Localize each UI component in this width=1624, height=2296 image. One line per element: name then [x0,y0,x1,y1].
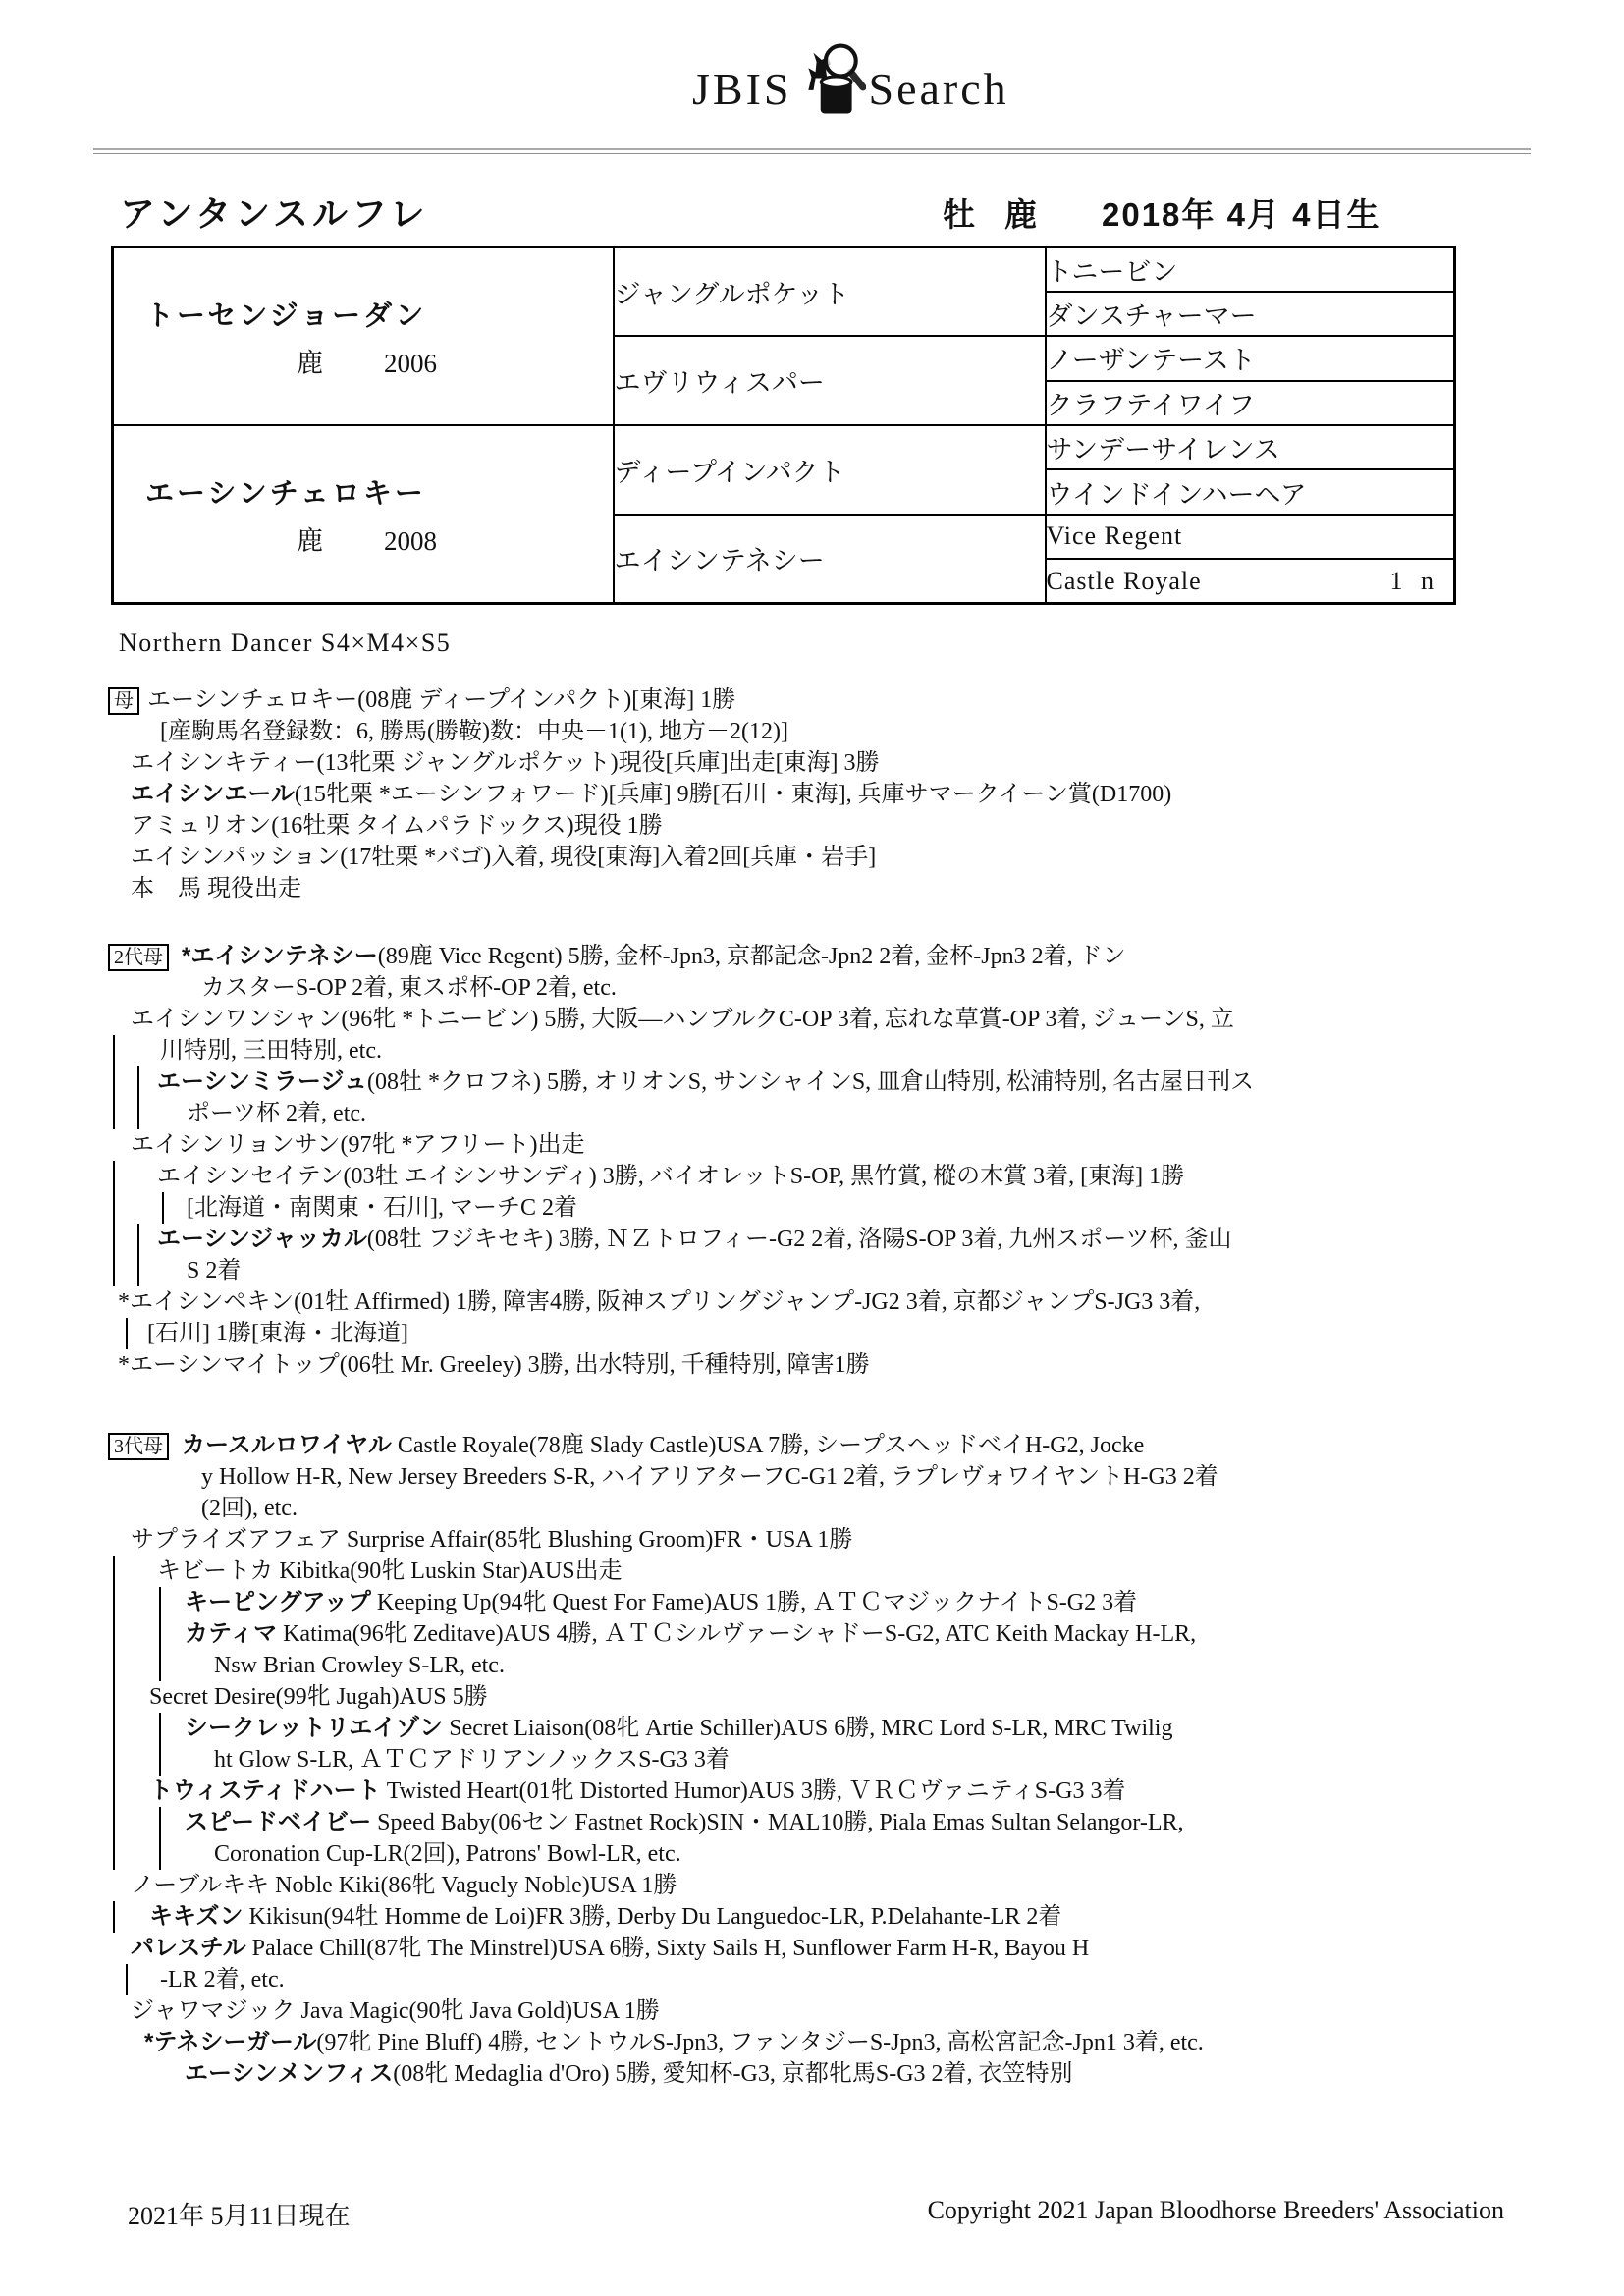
dam-coat-year: 鹿2008 [114,519,613,558]
stakes-horse-name: カースルロワイヤル [182,1432,392,1458]
tree-connector [113,1744,115,1776]
stakes-horse-name: エーシンミラージュ [157,1068,367,1095]
line-text: *エイシンペキン(01牡 Affirmed) 1勝, 障害4勝, 阪神スプリング… [118,1289,1200,1315]
stakes-horse-name: *エイシンテネシー [182,943,378,969]
line-text: サプライズアフェア Surprise Affair(85牝 Blushing G… [131,1527,852,1553]
tree-connector [113,1807,115,1838]
cell-sire: トーセンジョーダン 鹿2006 [113,247,614,426]
line-text: (97牝 Pine Bluff) 4勝, セントウルS-Jpn3, ファンタジー… [316,2030,1203,2055]
lineage-line: Coronation Cup-LR(2回), Patrons' Bowl-LR,… [0,1838,1624,1870]
lineage-line: [産駒馬名登録数：6, 勝馬(勝鞍)数：中央－1(1), 地方－2(12)] [0,716,1624,747]
tree-connector [113,1776,115,1807]
line-text: [石川] 1勝[東海・北海道] [147,1321,408,1346]
lineage-line: ノーブルキキ Noble Kiki(86牝 Vaguely Noble)USA … [0,1870,1624,1901]
logo-search-text: Search [868,67,1008,112]
lineage-line: パレスチル Palace Chill(87牝 The Minstrel)USA … [0,1933,1624,1964]
line-text: Katima(96牝 Zeditave)AUS 4勝, ＡＴＣシルヴァーシャドー… [277,1621,1196,1647]
line-text: Palace Chill(87牝 The Minstrel)USA 6勝, Si… [246,1936,1090,1961]
tree-connector [159,1838,161,1870]
dam-year: 2008 [384,526,437,556]
horse-name: アンタンスルフレ [120,187,429,237]
tree-connector [137,1066,139,1098]
line-text: Secret Liaison(08牝 Artie Schiller)AUS 6勝… [443,1716,1172,1741]
section-second-dam: 2代母*エイシンテネシー(89鹿 Vice Regent) 5勝, 金杯-Jpn… [0,941,1624,1381]
lineage-line: ジャワマジック Java Magic(90牝 Java Gold)USA 1勝 [0,1995,1624,2027]
cell-sire-dam-dam: クラフテイワイフ [1046,381,1455,425]
lineage-line: *エイシンペキン(01牡 Affirmed) 1勝, 障害4勝, 阪神スプリング… [0,1286,1624,1318]
line-text: エイシンパッション(17牡栗 *バゴ)入着, 現役[東海]入着2回[兵庫・岩手] [131,845,876,870]
lineage-line: Nsw Brian Crowley S-LR, etc. [0,1650,1624,1681]
lineage-line: エーシンミラージュ(08牡 *クロフネ) 5勝, オリオンS, サンシャインS,… [0,1066,1624,1098]
lineage-line: 川特別, 三田特別, etc. [0,1035,1624,1066]
line-text: [北海道・南関東・石川], マーチC 2着 [187,1195,577,1221]
line-text: Kikisun(94牡 Homme de Loi)FR 3勝, Derby Du… [244,1904,1062,1930]
stakes-horse-name: パレスチル [131,1935,246,1961]
lineage-line: エイシンキティー(13牝栗 ジャングルポケット)現役[兵庫]出走[東海] 3勝 [0,747,1624,779]
cell-dam-dam-dam: Castle Royale 1 n [1046,559,1455,603]
stakes-horse-name: キキズン [149,1903,244,1930]
tree-connector [113,1192,115,1224]
tree-connector [113,1838,115,1870]
line-text: (2回), etc. [201,1496,298,1521]
line-text: Castle Royale(78鹿 Slady Castle)USA 7勝, シ… [392,1433,1144,1458]
lineage-line: エイシンエール(15牝栗 *エーシンフォワード)[兵庫] 9勝[石川・東海], … [0,779,1624,810]
line-text: (15牝栗 *エーシンフォワード)[兵庫] 9勝[石川・東海], 兵庫サマークイ… [295,782,1171,807]
sire-name: トーセンジョーダン [114,294,613,334]
tree-connector [159,1650,161,1681]
line-text: 川特別, 三田特別, etc. [160,1038,382,1064]
stakes-horse-name: エーシンメンフィス [185,2060,393,2087]
cell-sire-dam: エヴリウィスパー [614,336,1046,425]
tree-connector [126,1318,128,1349]
lineage-line: *エイシンテネシー(89鹿 Vice Regent) 5勝, 金杯-Jpn3, … [0,941,1624,972]
line-text: Keeping Up(94牝 Quest For Fame)AUS 1勝, ＡＴ… [371,1590,1137,1615]
lineage-line: エーシンメンフィス(08牝 Medaglia d'Oro) 5勝, 愛知杯-G3… [0,2058,1624,2090]
tree-connector [113,1035,115,1066]
lineage-line: *エーシンマイトップ(06牡 Mr. Greeley) 3勝, 出水特別, 千種… [0,1349,1624,1381]
stakes-horse-name: カティマ [185,1620,277,1647]
lineage-line: [北海道・南関東・石川], マーチC 2着 [0,1192,1624,1224]
line-text: (89鹿 Vice Regent) 5勝, 金杯-Jpn3, 京都記念-Jpn2… [378,944,1126,969]
lineage-line: エイシンリョンサン(97牝 *アフリート)出走 [0,1129,1624,1161]
horse-sex: 牡 [943,190,977,236]
stakes-horse-name: エーシンジャッカル [157,1226,367,1252]
line-text: エーシンチェロキー(08鹿 ディープインパクト)[東海] 1勝 [147,687,735,713]
lineage-line: キビートカ Kibitka(90牝 Luskin Star)AUS出走 [0,1556,1624,1587]
dam-coat: 鹿 [297,526,323,556]
line-text: *エーシンマイトップ(06牡 Mr. Greeley) 3勝, 出水特別, 千種… [118,1352,870,1378]
stakes-horse-name: キーピングアップ [185,1589,371,1615]
as-of-date: 2021年 5月11日現在 [128,2196,351,2232]
tree-connector [113,1066,115,1098]
lineage-line: -LR 2着, etc. [0,1964,1624,1995]
cell-dam-sire: ディープインパクト [614,425,1046,515]
lineage-line: スピードベイビー Speed Baby(06セン Fastnet Rock)SI… [0,1807,1624,1838]
lineage-line: Secret Desire(99牝 Jugah)AUS 5勝 [0,1681,1624,1713]
line-text: キビートカ Kibitka(90牝 Luskin Star)AUS出走 [157,1558,623,1584]
tree-connector [113,1901,115,1933]
lineage-line: ht Glow S-LR, ＡＴＣアドリアンノックスS-G3 3着 [0,1744,1624,1776]
horse-magnifier-icon [795,39,866,116]
pedigree-page: JBIS Search アンタンスルフレ 牡 鹿 2018年 4月 4日生 トー… [0,0,1624,2296]
lineage-line: キキズン Kikisun(94牡 Homme de Loi)FR 3勝, Der… [0,1901,1624,1933]
tree-connector [137,1255,139,1286]
lineage-line: *テネシーガール(97牝 Pine Bluff) 4勝, セントウルS-Jpn3… [0,2027,1624,2058]
lineage-line: エーシンジャッカル(08牡 フジキセキ) 3勝, ＮＺトロフィー-G2 2着, … [0,1224,1624,1255]
lineage-line: エーシンチェロキー(08鹿 ディープインパクト)[東海] 1勝 [0,684,1624,716]
line-text: (08牡 フジキセキ) 3勝, ＮＺトロフィー-G2 2着, 洛陽S-OP 3着… [367,1227,1232,1252]
line-text: Speed Baby(06セン Fastnet Rock)SIN・MAL10勝,… [371,1810,1183,1835]
lineage-line: カティマ Katima(96牝 Zeditave)AUS 4勝, ＡＴＣシルヴァ… [0,1618,1624,1650]
line-text: y Hollow H-R, New Jersey Breeders S-R, ハ… [201,1464,1218,1490]
tree-connector [159,1744,161,1776]
stakes-horse-name: スピードベイビー [185,1809,371,1835]
stakes-horse-name: トウィスティドハート [149,1777,381,1804]
lineage-line: エイシンワンシャン(96牝 *トニービン) 5勝, 大阪―ハンブルクC-OP 3… [0,1004,1624,1035]
tree-connector [159,1587,161,1618]
sire-year: 2006 [384,349,437,378]
cell-dam: エーシンチェロキー 鹿2008 [113,425,614,604]
dam-dam-dam-name: Castle Royale [1047,567,1202,596]
cell-dam-sire-sire: サンデーサイレンス [1046,425,1455,469]
lineage-line: (2回), etc. [0,1493,1624,1524]
line-text: エイシンリョンサン(97牝 *アフリート)出走 [131,1132,585,1158]
tree-connector [159,1807,161,1838]
section-dam: 母エーシンチェロキー(08鹿 ディープインパクト)[東海] 1勝[産駒馬名登録数… [0,684,1624,904]
lineage-line: サプライズアフェア Surprise Affair(85牝 Blushing G… [0,1524,1624,1556]
cell-dam-dam: エイシンテネシー [614,515,1046,604]
cell-dam-sire-dam: ウインドインハーヘア [1046,469,1455,514]
line-text: ht Glow S-LR, ＡＴＣアドリアンノックスS-G3 3着 [214,1747,730,1773]
lineage-line: [石川] 1勝[東海・北海道] [0,1318,1624,1349]
horse-coat: 鹿 [1004,190,1039,236]
cell-dam-dam-sire: Vice Regent [1046,515,1455,559]
tree-connector [137,1224,139,1255]
line-text: エイシンキティー(13牝栗 ジャングルポケット)現役[兵庫]出走[東海] 3勝 [131,750,880,776]
dam-name: エーシンチェロキー [114,471,613,512]
line-text: -LR 2着, etc. [160,1967,285,1993]
logo-jbis-text: JBIS [692,67,791,112]
line-text: ジャワマジック Java Magic(90牝 Java Gold)USA 1勝 [131,1998,660,2024]
tree-connector [137,1098,139,1129]
horse-birth-info: 牡 鹿 2018年 4月 4日生 [943,190,1380,236]
tree-connector [159,1713,161,1744]
line-text: Twisted Heart(01牝 Distorted Humor)AUS 3勝… [381,1778,1126,1804]
stakes-horse-name: *テネシーガール [144,2029,316,2055]
lineage-line: エイシンセイテン(03牡 エイシンサンディ) 3勝, バイオレットS-OP, 黒… [0,1161,1624,1192]
tree-connector [113,1255,115,1286]
line-text: 本 馬 現役出走 [131,876,301,902]
tree-connector [113,1650,115,1681]
horse-birthdate: 2018年 4月 4日生 [1102,190,1380,236]
line-text: エイシンワンシャン(96牝 *トニービン) 5勝, 大阪―ハンブルクC-OP 3… [131,1007,1234,1032]
cell-sire-sire-sire: トニービン [1046,247,1455,292]
lineage-line: カスターS-OP 2着, 東スポ杯-OP 2着, etc. [0,972,1624,1004]
page-notation: 1 n [1390,567,1440,596]
lineage-line: エイシンパッション(17牡栗 *バゴ)入着, 現役[東海]入着2回[兵庫・岩手] [0,842,1624,873]
lineage-line: 本 馬 現役出走 [0,873,1624,904]
tree-connector [113,1224,115,1255]
tree-connector [113,1098,115,1129]
line-text: カスターS-OP 2着, 東スポ杯-OP 2着, etc. [201,975,617,1001]
sire-coat-year: 鹿2006 [114,342,613,380]
inbreeding-note: Northern Dancer S4×M4×S5 [119,629,451,658]
tree-connector [159,1618,161,1650]
jbis-logo: JBIS Search [692,39,1009,112]
stakes-horse-name: エイシンエール [131,781,295,807]
lineage-line: S 2着 [0,1255,1624,1286]
sire-coat: 鹿 [297,349,323,378]
tree-connector [113,1681,115,1713]
lineage-line: ポーツ杯 2着, etc. [0,1098,1624,1129]
section-third-dam: 3代母カースルロワイヤル Castle Royale(78鹿 Slady Cas… [0,1430,1624,2090]
line-text: Coronation Cup-LR(2回), Patrons' Bowl-LR,… [214,1841,681,1867]
line-text: (08牡 *クロフネ) 5勝, オリオンS, サンシャインS, 皿倉山特別, 松… [367,1069,1254,1095]
line-text: エイシンセイテン(03牡 エイシンサンディ) 3勝, バイオレットS-OP, 黒… [157,1164,1184,1189]
line-text: ノーブルキキ Noble Kiki(86牝 Vaguely Noble)USA … [131,1873,677,1898]
line-text: Nsw Brian Crowley S-LR, etc. [214,1653,505,1678]
lineage-line: シークレットリエイゾン Secret Liaison(08牝 Artie Sch… [0,1713,1624,1744]
cell-sire-sire-dam: ダンスチャーマー [1046,292,1455,336]
stakes-horse-name: シークレットリエイゾン [185,1715,443,1741]
lineage-line: トウィスティドハート Twisted Heart(01牝 Distorted H… [0,1776,1624,1807]
line-text: アミュリオン(16牡栗 タイムパラドックス)現役 1勝 [131,813,663,839]
copyright-text: Copyright 2021 Japan Bloodhorse Breeders… [928,2196,1504,2225]
cell-sire-sire: ジャングルポケット [614,247,1046,337]
tree-connector [162,1192,164,1224]
line-text: ポーツ杯 2着, etc. [187,1101,366,1126]
cell-sire-dam-sire: ノーザンテースト [1046,336,1455,380]
line-text: [産駒馬名登録数：6, 勝馬(勝鞍)数：中央－1(1), 地方－2(12)] [160,719,788,744]
tree-connector [126,1964,128,1995]
lineage-line: アミュリオン(16牡栗 タイムパラドックス)現役 1勝 [0,810,1624,842]
tree-connector [113,1161,115,1192]
lineage-line: カースルロワイヤル Castle Royale(78鹿 Slady Castle… [0,1430,1624,1461]
line-text: S 2着 [187,1258,241,1284]
line-text: Secret Desire(99牝 Jugah)AUS 5勝 [149,1684,488,1710]
line-text: (08牝 Medaglia d'Oro) 5勝, 愛知杯-G3, 京都牝馬S-G… [393,2061,1072,2087]
tree-connector [113,1713,115,1744]
tree-connector [113,1618,115,1650]
pedigree-table: トーセンジョーダン 鹿2006 ジャングルポケット トニービン ダンスチャーマー… [111,246,1456,605]
tree-connector [113,1587,115,1618]
tree-connector [113,1556,115,1587]
lineage-line: キーピングアップ Keeping Up(94牝 Quest For Fame)A… [0,1587,1624,1618]
lineage-sections: 母エーシンチェロキー(08鹿 ディープインパクト)[東海] 1勝[産駒馬名登録数… [0,684,1624,2090]
lineage-line: y Hollow H-R, New Jersey Breeders S-R, ハ… [0,1461,1624,1493]
header-divider [93,148,1531,154]
